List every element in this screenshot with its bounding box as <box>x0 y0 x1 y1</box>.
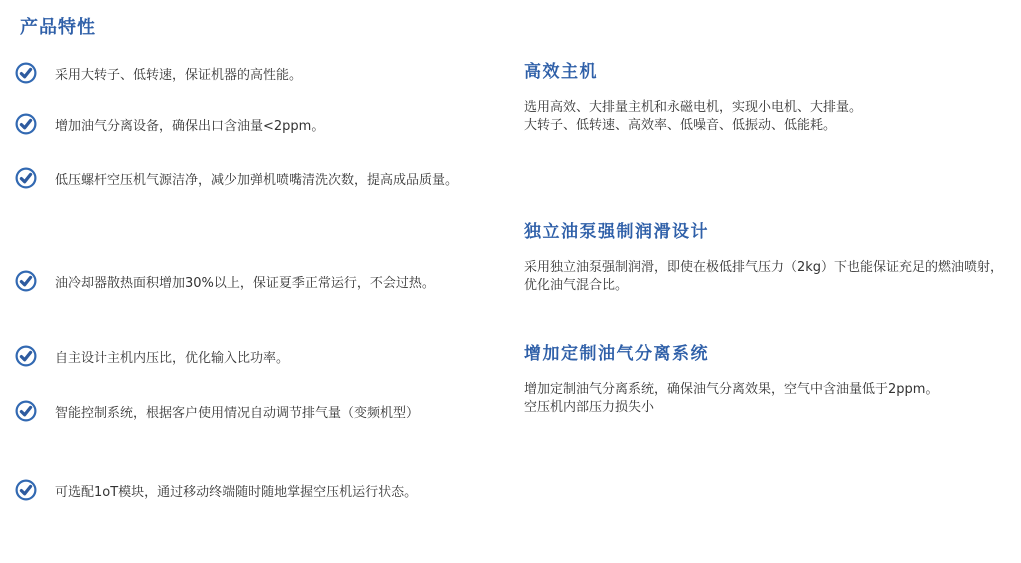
section-heading: 增加定制油气分离系统 <box>524 339 994 364</box>
feature-text: 可选配1oT模块，通过移动终端随时随地掌握空压机运行状态。 <box>55 481 417 500</box>
section-efficient-airend: 高效主机 选用高效、大排量主机和永磁电机，实现小电机、大排量。 大转子、低转速、… <box>524 57 994 135</box>
feature-item: 低压螺杆空压机气源洁净，减少加弹机喷嘴清洗次数，提高成品质量。 <box>15 167 458 189</box>
feature-item: 增加油气分离设备，确保出口含油量<2ppm。 <box>15 113 324 135</box>
section-body-line: 选用高效、大排量主机和永磁电机，实现小电机、大排量。 <box>524 99 994 117</box>
section-oil-gas-separation: 增加定制油气分离系统 增加定制油气分离系统，确保油气分离效果，空气中含油量低于2… <box>524 339 994 417</box>
check-circle-icon <box>15 62 37 84</box>
section-body-line: 增加定制油气分离系统，确保油气分离效果，空气中含油量低于2ppm。 <box>524 381 994 399</box>
feature-text: 增加油气分离设备，确保出口含油量<2ppm。 <box>55 115 324 134</box>
section-oil-pump-lubrication: 独立油泵强制润滑设计 采用独立油泵强制润滑，即使在极低排气压力（2kg）下也能保… <box>524 217 994 295</box>
feature-item: 可选配1oT模块，通过移动终端随时随地掌握空压机运行状态。 <box>15 479 417 501</box>
feature-item: 油冷却器散热面积增加30%以上，保证夏季正常运行，不会过热。 <box>15 270 435 292</box>
page-title: 产品特性 <box>20 13 96 39</box>
section-body: 选用高效、大排量主机和永磁电机，实现小电机、大排量。 大转子、低转速、高效率、低… <box>524 99 994 135</box>
feature-item: 采用大转子、低转速，保证机器的高性能。 <box>15 62 302 84</box>
product-features-page: 产品特性 采用大转子、低转速，保证机器的高性能。 增加油气分离设备，确保出口含油… <box>0 0 1021 563</box>
check-circle-icon <box>15 113 37 135</box>
feature-item: 自主设计主机内压比，优化输入比功率。 <box>15 345 289 367</box>
section-body-line: 大转子、低转速、高效率、低噪音、低振动、低能耗。 <box>524 117 994 135</box>
section-body: 采用独立油泵强制润滑，即使在极低排气压力（2kg）下也能保证充足的燃油喷射， 优… <box>524 259 994 295</box>
feature-item: 智能控制系统，根据客户使用情况自动调节排气量（变频机型） <box>15 400 419 422</box>
feature-text: 智能控制系统，根据客户使用情况自动调节排气量（变频机型） <box>55 402 419 421</box>
check-circle-icon <box>15 345 37 367</box>
section-heading: 高效主机 <box>524 57 994 82</box>
section-body-line: 空压机内部压力损失小 <box>524 399 994 417</box>
section-body-line: 采用独立油泵强制润滑，即使在极低排气压力（2kg）下也能保证充足的燃油喷射， <box>524 259 994 277</box>
section-body: 增加定制油气分离系统，确保油气分离效果，空气中含油量低于2ppm。 空压机内部压… <box>524 381 994 417</box>
feature-text: 低压螺杆空压机气源洁净，减少加弹机喷嘴清洗次数，提高成品质量。 <box>55 169 458 188</box>
section-body-line: 优化油气混合比。 <box>524 277 994 295</box>
section-heading: 独立油泵强制润滑设计 <box>524 217 994 242</box>
check-circle-icon <box>15 479 37 501</box>
check-circle-icon <box>15 270 37 292</box>
feature-text: 采用大转子、低转速，保证机器的高性能。 <box>55 64 302 83</box>
check-circle-icon <box>15 400 37 422</box>
check-circle-icon <box>15 167 37 189</box>
feature-text: 油冷却器散热面积增加30%以上，保证夏季正常运行，不会过热。 <box>55 272 435 291</box>
feature-text: 自主设计主机内压比，优化输入比功率。 <box>55 347 289 366</box>
